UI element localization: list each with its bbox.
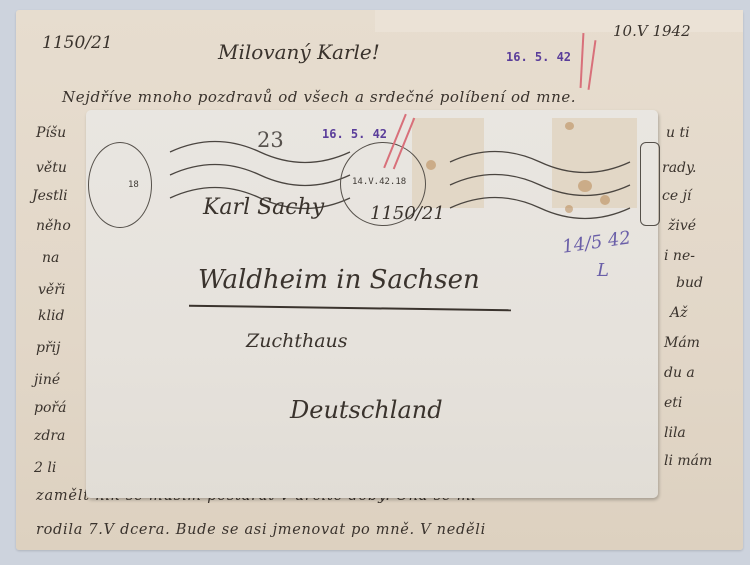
letter-line: rodila 7.V dcera. Bude se asi jmenovat p… [36,522,486,538]
right-margin-word: živé [668,218,696,234]
left-margin-word: na [42,250,59,266]
envelope-number-mark: 23 [257,128,284,152]
postmark-main-date: 14.V.42.18 [352,177,406,187]
left-margin-word: zdra [34,428,65,444]
right-margin-word: i ne- [664,248,695,264]
foxing-stain [565,122,574,130]
left-margin-word: pořá [34,400,66,416]
letter-date: 10.V 1942 [613,22,691,40]
letter-first-line: Nejdříve mnoho pozdravů od všech a srdeč… [62,88,576,106]
right-margin-word: du a [664,365,695,381]
left-margin-word: 2 li [34,460,56,476]
pencil-note-initial: L [597,260,609,281]
right-margin-word: Mám [664,335,700,351]
postmark-left [88,142,152,228]
sender-code: 1150/21 [370,203,445,224]
left-margin-word: Píšu [36,125,66,141]
right-margin-word: bud [676,275,703,291]
left-margin-word: přij [36,340,60,356]
right-margin-word: u ti [666,125,690,141]
address-institution: Zuchthaus [246,330,348,352]
postmark-left-date: 18 [128,180,139,190]
address-country: Deutschland [290,396,443,424]
right-margin-word: lila [664,425,686,441]
left-margin-word: klid [38,308,64,324]
right-margin-word: eti [664,395,682,411]
left-margin-word: Jestli [32,188,68,204]
envelope-censor-stamp: 16. 5. 42 [322,127,387,141]
left-margin-word: věři [38,282,65,298]
recipient-name: Karl Sachy [203,195,324,220]
left-margin-word: větu [36,160,67,176]
left-margin-word: jiné [34,372,60,388]
address-city: Waldheim in Sachsen [198,265,480,295]
right-margin-word: Až [670,305,688,321]
right-margin-word: ce jí [662,188,691,204]
letter-reference-number: 1150/21 [42,33,113,53]
right-margin-word: li mám [664,453,712,469]
left-margin-word: něho [36,218,71,234]
right-margin-word: rady. [662,160,697,176]
letter-received-stamp: 16. 5. 42 [506,50,571,64]
letter-salutation: Milovaný Karle! [218,40,380,64]
postmark-right [640,142,660,226]
